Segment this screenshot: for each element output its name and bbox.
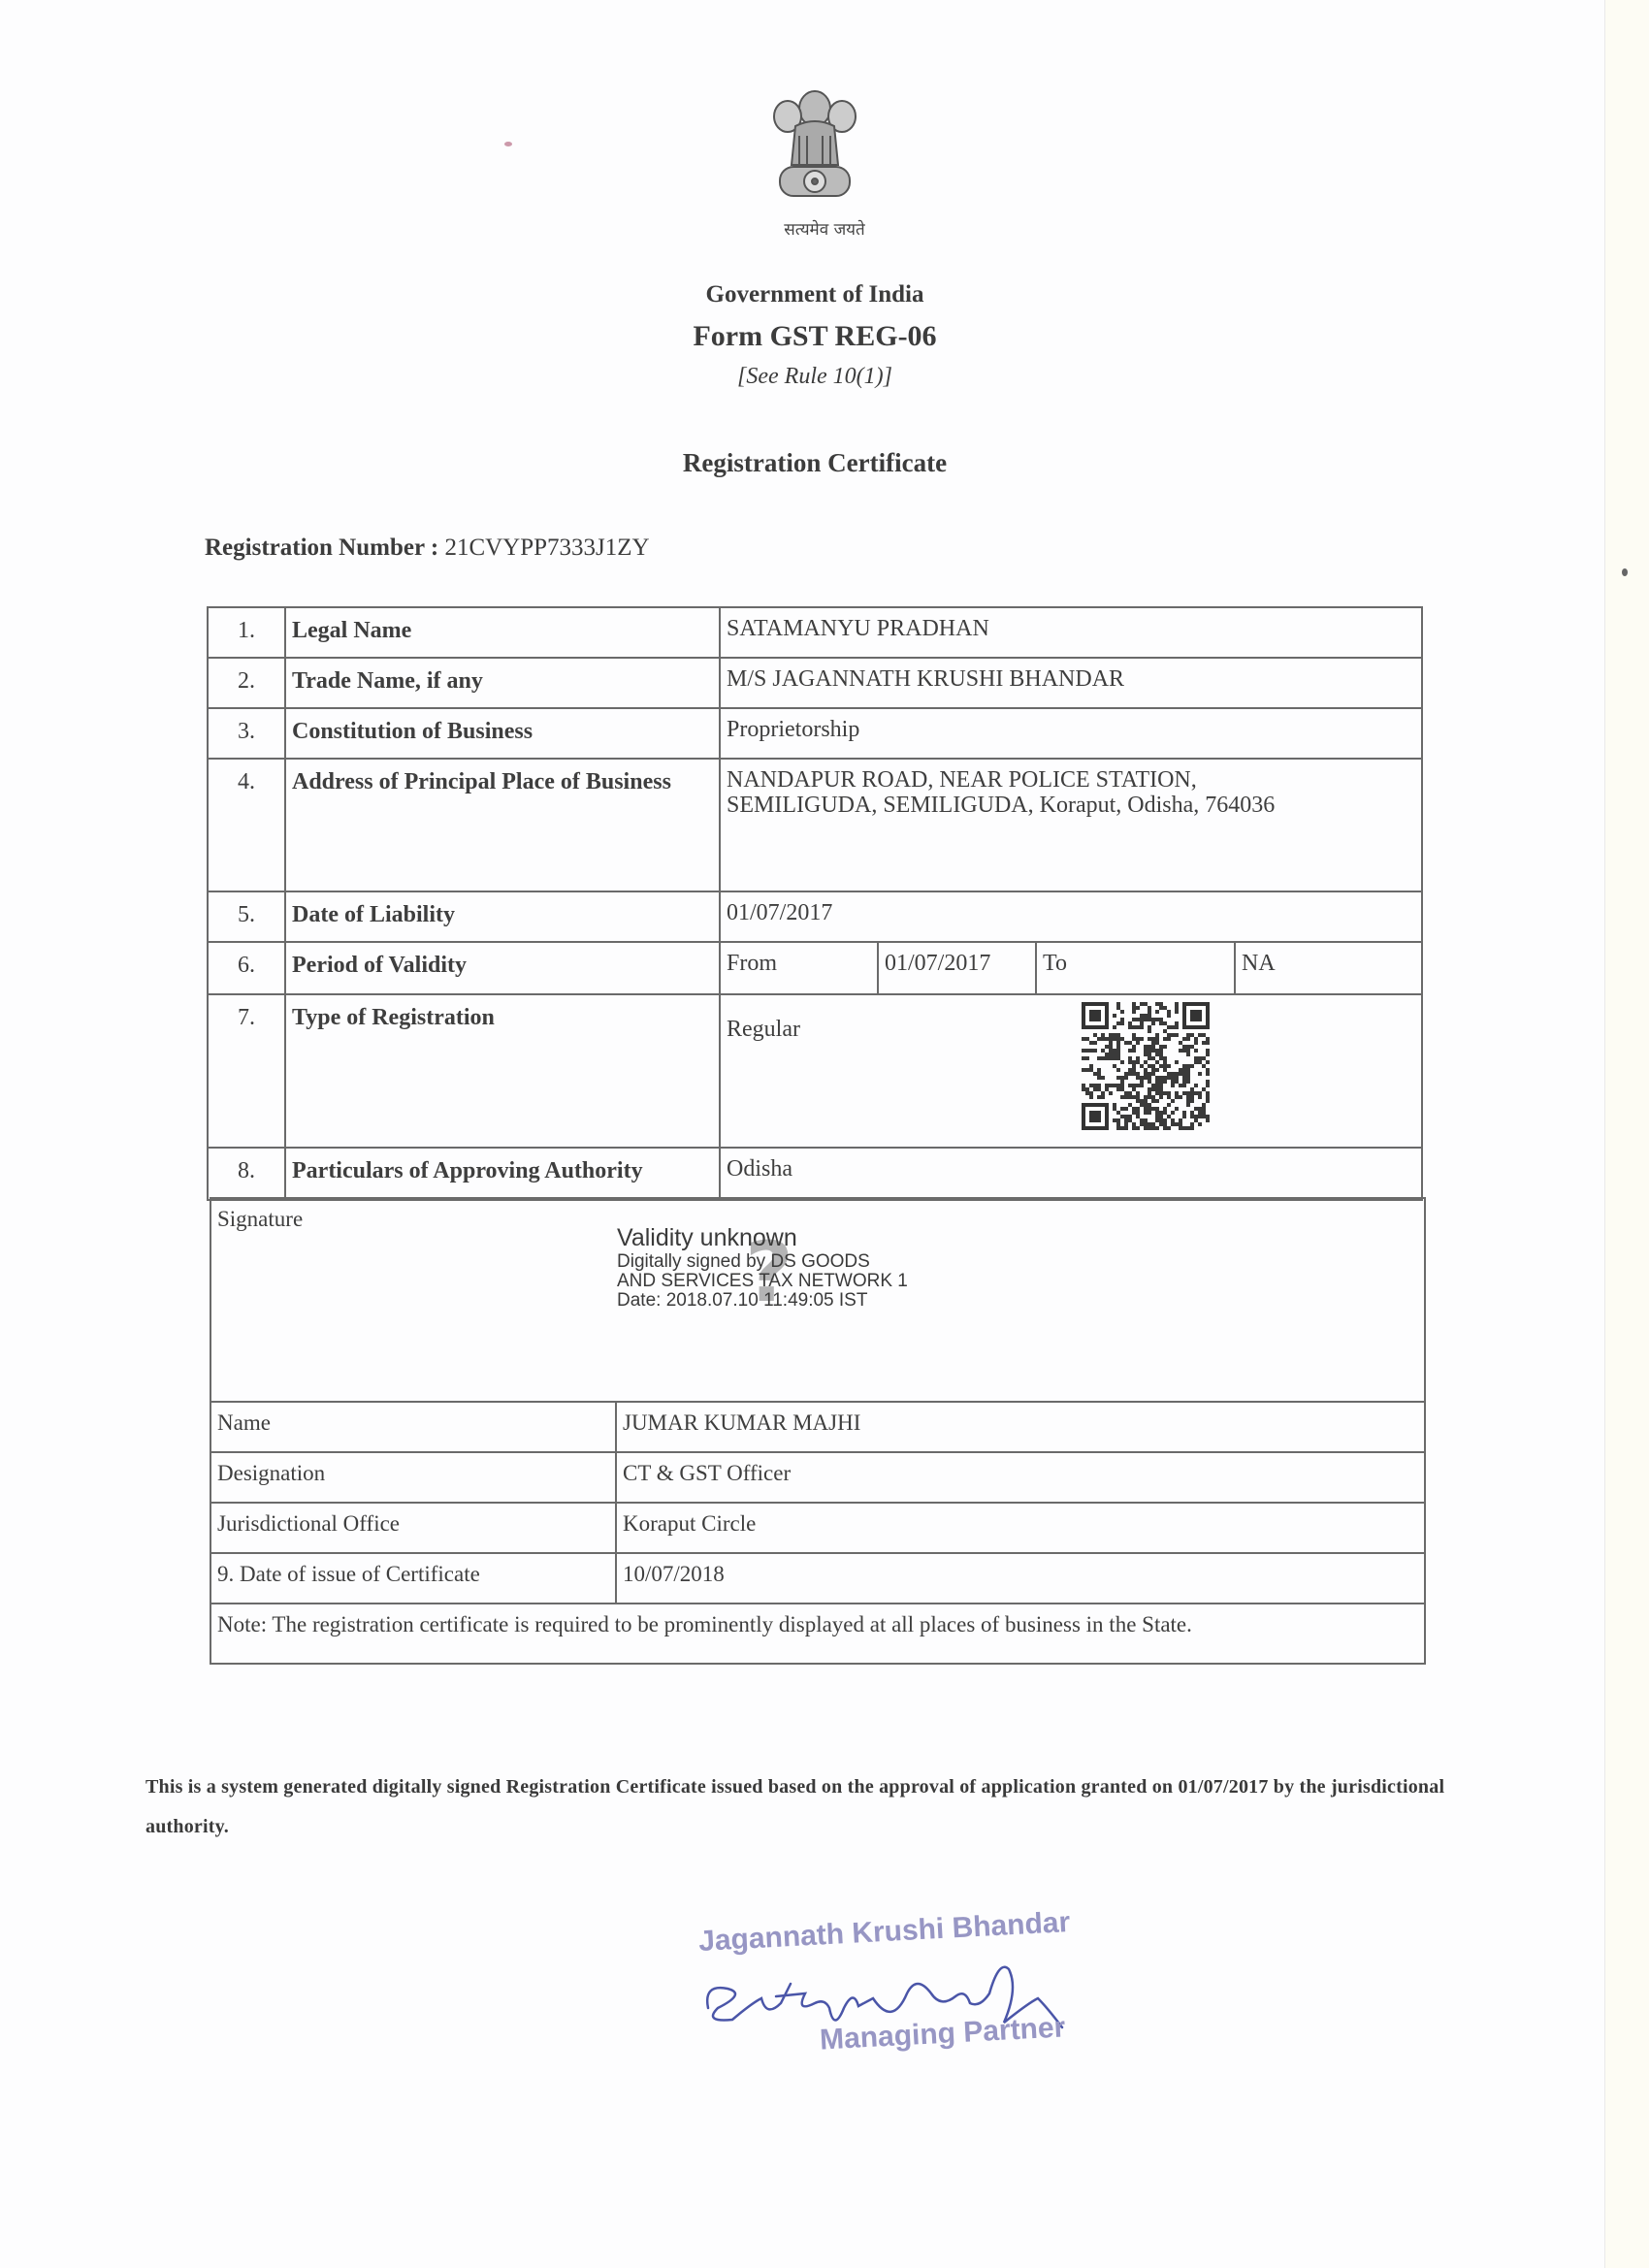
registration-details-table: 1. Legal Name SATAMANYU PRADHAN 2. Trade…: [207, 606, 1423, 1201]
row-number: 8.: [208, 1148, 285, 1200]
row-number: 3.: [208, 708, 285, 759]
row-number: 1.: [208, 607, 285, 658]
table-row: 6. Period of Validity From 01/07/2017 To…: [208, 942, 1422, 994]
table-row: 5. Date of Liability 01/07/2017: [208, 891, 1422, 942]
system-generated-note: This is a system generated digitally sig…: [145, 1767, 1503, 1847]
address-value: NANDAPUR ROAD, NEAR POLICE STATION, SEMI…: [720, 759, 1422, 891]
jurisdiction-label: Jurisdictional Office: [210, 1503, 616, 1553]
national-motto: सत्यमेव जयते: [0, 217, 1649, 240]
row-number: 5.: [208, 891, 285, 942]
field-label: Type of Registration: [285, 994, 720, 1148]
officer-name-label: Name: [210, 1402, 616, 1452]
issue-date-label: 9. Date of issue of Certificate: [210, 1553, 616, 1604]
certificate-title: Registration Certificate: [0, 448, 1630, 478]
from-date: 01/07/2017: [878, 943, 1036, 993]
approving-authority-value: Odisha: [720, 1148, 1422, 1200]
row-number: 2.: [208, 658, 285, 708]
note-row: Note: The registration certificate is re…: [210, 1604, 1425, 1664]
to-date: NA: [1235, 943, 1421, 993]
scan-speck: [1622, 568, 1628, 576]
from-label: From: [721, 943, 878, 993]
qr-code-icon: [1082, 1002, 1210, 1130]
field-label: Constitution of Business: [285, 708, 720, 759]
liability-date-value: 01/07/2017: [720, 891, 1422, 942]
rule-reference: [See Rule 10(1)]: [0, 364, 1630, 390]
signed-by-line: Digitally signed by DS GOODS: [617, 1252, 908, 1272]
table-row: Name JUMAR KUMAR MAJHI: [210, 1402, 1425, 1452]
field-label: Date of Liability: [285, 891, 720, 942]
row-number: 4.: [208, 759, 285, 891]
registration-number-value: 21CVYPP7333J1ZY: [444, 535, 649, 561]
table-row: 4. Address of Principal Place of Busines…: [208, 759, 1422, 891]
table-row: Designation CT & GST Officer: [210, 1452, 1425, 1503]
table-row: 2. Trade Name, if any M/S JAGANNATH KRUS…: [208, 658, 1422, 708]
government-heading: Government of India: [0, 281, 1630, 308]
issue-date-value: 10/07/2018: [616, 1553, 1425, 1604]
row-number: 7.: [208, 994, 285, 1148]
national-emblem-icon: [757, 78, 873, 213]
field-label: Period of Validity: [285, 942, 720, 994]
table-row: 3. Constitution of Business Proprietorsh…: [208, 708, 1422, 759]
table-row: 1. Legal Name SATAMANYU PRADHAN: [208, 607, 1422, 658]
display-note: Note: The registration certificate is re…: [210, 1604, 1425, 1664]
legal-name-value: SATAMANYU PRADHAN: [720, 607, 1422, 658]
signature-validity: Validity unknown: [617, 1224, 908, 1252]
digital-signature: Validity unknown Digitally signed by DS …: [617, 1224, 908, 1311]
officer-name-value: JUMAR KUMAR MAJHI: [616, 1402, 1425, 1452]
registration-type-value: Regular: [720, 994, 1422, 1148]
field-label: Trade Name, if any: [285, 658, 720, 708]
jurisdiction-value: Koraput Circle: [616, 1503, 1425, 1553]
registration-number: Registration Number : 21CVYPP7333J1ZY: [205, 535, 650, 562]
address-line-2: SEMILIGUDA, SEMILIGUDA, Koraput, Odisha,…: [727, 793, 1421, 818]
designation-label: Designation: [210, 1452, 616, 1503]
designation-value: CT & GST Officer: [616, 1452, 1425, 1503]
signed-date-line: Date: 2018.07.10 11:49:05 IST: [617, 1291, 908, 1311]
registration-number-label: Registration Number :: [205, 535, 438, 561]
signed-by-line: AND SERVICES TAX NETWORK 1: [617, 1272, 908, 1291]
trade-name-value: M/S JAGANNATH KRUSHI BHANDAR: [720, 658, 1422, 708]
field-label: Address of Principal Place of Business: [285, 759, 720, 891]
form-title: Form GST REG-06: [0, 320, 1630, 353]
field-label: Particulars of Approving Authority: [285, 1148, 720, 1200]
field-label: Legal Name: [285, 607, 720, 658]
row-number: 6.: [208, 942, 285, 994]
table-row: Jurisdictional Office Koraput Circle: [210, 1503, 1425, 1553]
address-line-1: NANDAPUR ROAD, NEAR POLICE STATION,: [727, 767, 1421, 793]
table-row: 7. Type of Registration Regular: [208, 994, 1422, 1148]
scan-speck: [504, 142, 512, 146]
table-row: 8. Particulars of Approving Authority Od…: [208, 1148, 1422, 1200]
table-row: 9. Date of issue of Certificate 10/07/20…: [210, 1553, 1425, 1604]
constitution-value: Proprietorship: [720, 708, 1422, 759]
validity-period: From 01/07/2017 To NA: [720, 942, 1422, 994]
to-label: To: [1036, 943, 1235, 993]
